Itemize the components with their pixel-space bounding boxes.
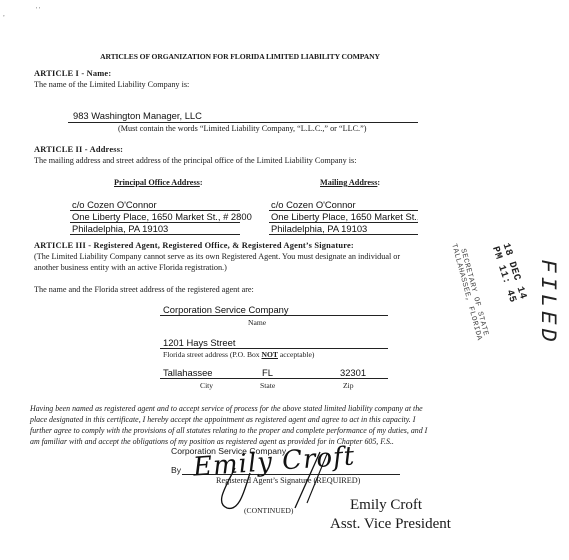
principal-office-label-text: Principal Office Address [114,178,200,187]
mailing-line-2: One Liberty Place, 1650 Market St., # 28 [271,211,418,222]
article3-heading: ARTICLE III - Registered Agent, Register… [34,241,354,250]
principal-office-label: Principal Office Address: [114,178,203,187]
company-name-field: 983 Washington Manager, LLC [73,110,202,121]
acceptance-line-3: further agree to comply with the provisi… [30,425,427,436]
mailing-address-label-text: Mailing Address [320,178,377,187]
agent-street-label: Florida street address (P.O. Box NOT acc… [163,350,314,359]
article1-text: The name of the Limited Liability Compan… [34,80,189,89]
street-label-pre: Florida street address (P.O. Box [163,350,262,359]
signer-title: Asst. Vice President [330,516,451,533]
stamp-date: 18 DEC 14 PM 11: 45 [489,242,528,305]
scan-artifact: , [3,10,5,18]
article1-heading: ARTICLE I - Name: [34,69,111,78]
principal-line-2: One Liberty Place, 1650 Market St., # 28… [72,211,252,222]
field-underline [160,378,388,379]
article3-note-2: another business entity with an active F… [34,263,227,272]
agent-street-field: 1201 Hays Street [163,337,235,348]
field-underline [160,315,388,316]
company-name-note: (Must contain the words “Limited Liabili… [118,124,366,133]
street-label-post: acceptable) [278,350,314,359]
field-underline [269,234,418,235]
signer-name: Emily Croft [350,497,422,514]
company-name-underline [68,122,418,123]
document-title: ARTICLES OF ORGANIZATION FOR FLORIDA LIM… [0,52,480,61]
label-colon: : [200,178,203,187]
agent-name-label: Name [248,318,266,327]
article2-heading: ARTICLE II - Address: [34,145,123,154]
article2-text: The mailing address and street address o… [34,156,357,165]
signature-label: Registered Agent’s Signature (REQUIRED) [216,476,360,485]
scan-artifact: ' ' [36,6,40,14]
article3-intro: The name and the Florida street address … [34,285,254,294]
acceptance-line-2: place designated in this certificate, I … [30,414,415,425]
stamp-filed: FILED [535,257,560,348]
street-label-not: NOT [262,350,278,359]
mailing-line-3: Philadelphia, PA 19103 [271,223,367,234]
agent-city-field: Tallahassee [163,367,213,378]
field-underline [70,234,240,235]
label-colon: : [377,178,380,187]
acceptance-line-1: Having been named as registered agent an… [30,403,423,414]
mailing-address-label: Mailing Address: [320,178,380,187]
state-label: State [260,381,275,390]
city-label: City [200,381,213,390]
mailing-line-1: c/o Cozen O'Connor [271,199,356,210]
agent-name-field: Corporation Service Company [163,304,289,315]
agent-state-field: FL [262,367,273,378]
article3-note-1: (The Limited Liability Company cannot se… [34,252,400,261]
by-label: By [171,465,181,475]
principal-line-1: c/o Cozen O'Connor [72,199,157,210]
zip-label: Zip [343,381,354,390]
field-underline [160,348,388,349]
agent-zip-field: 32301 [340,367,366,378]
principal-line-3: Philadelphia, PA 19103 [72,223,168,234]
continued-label: (CONTINUED) [244,506,293,515]
